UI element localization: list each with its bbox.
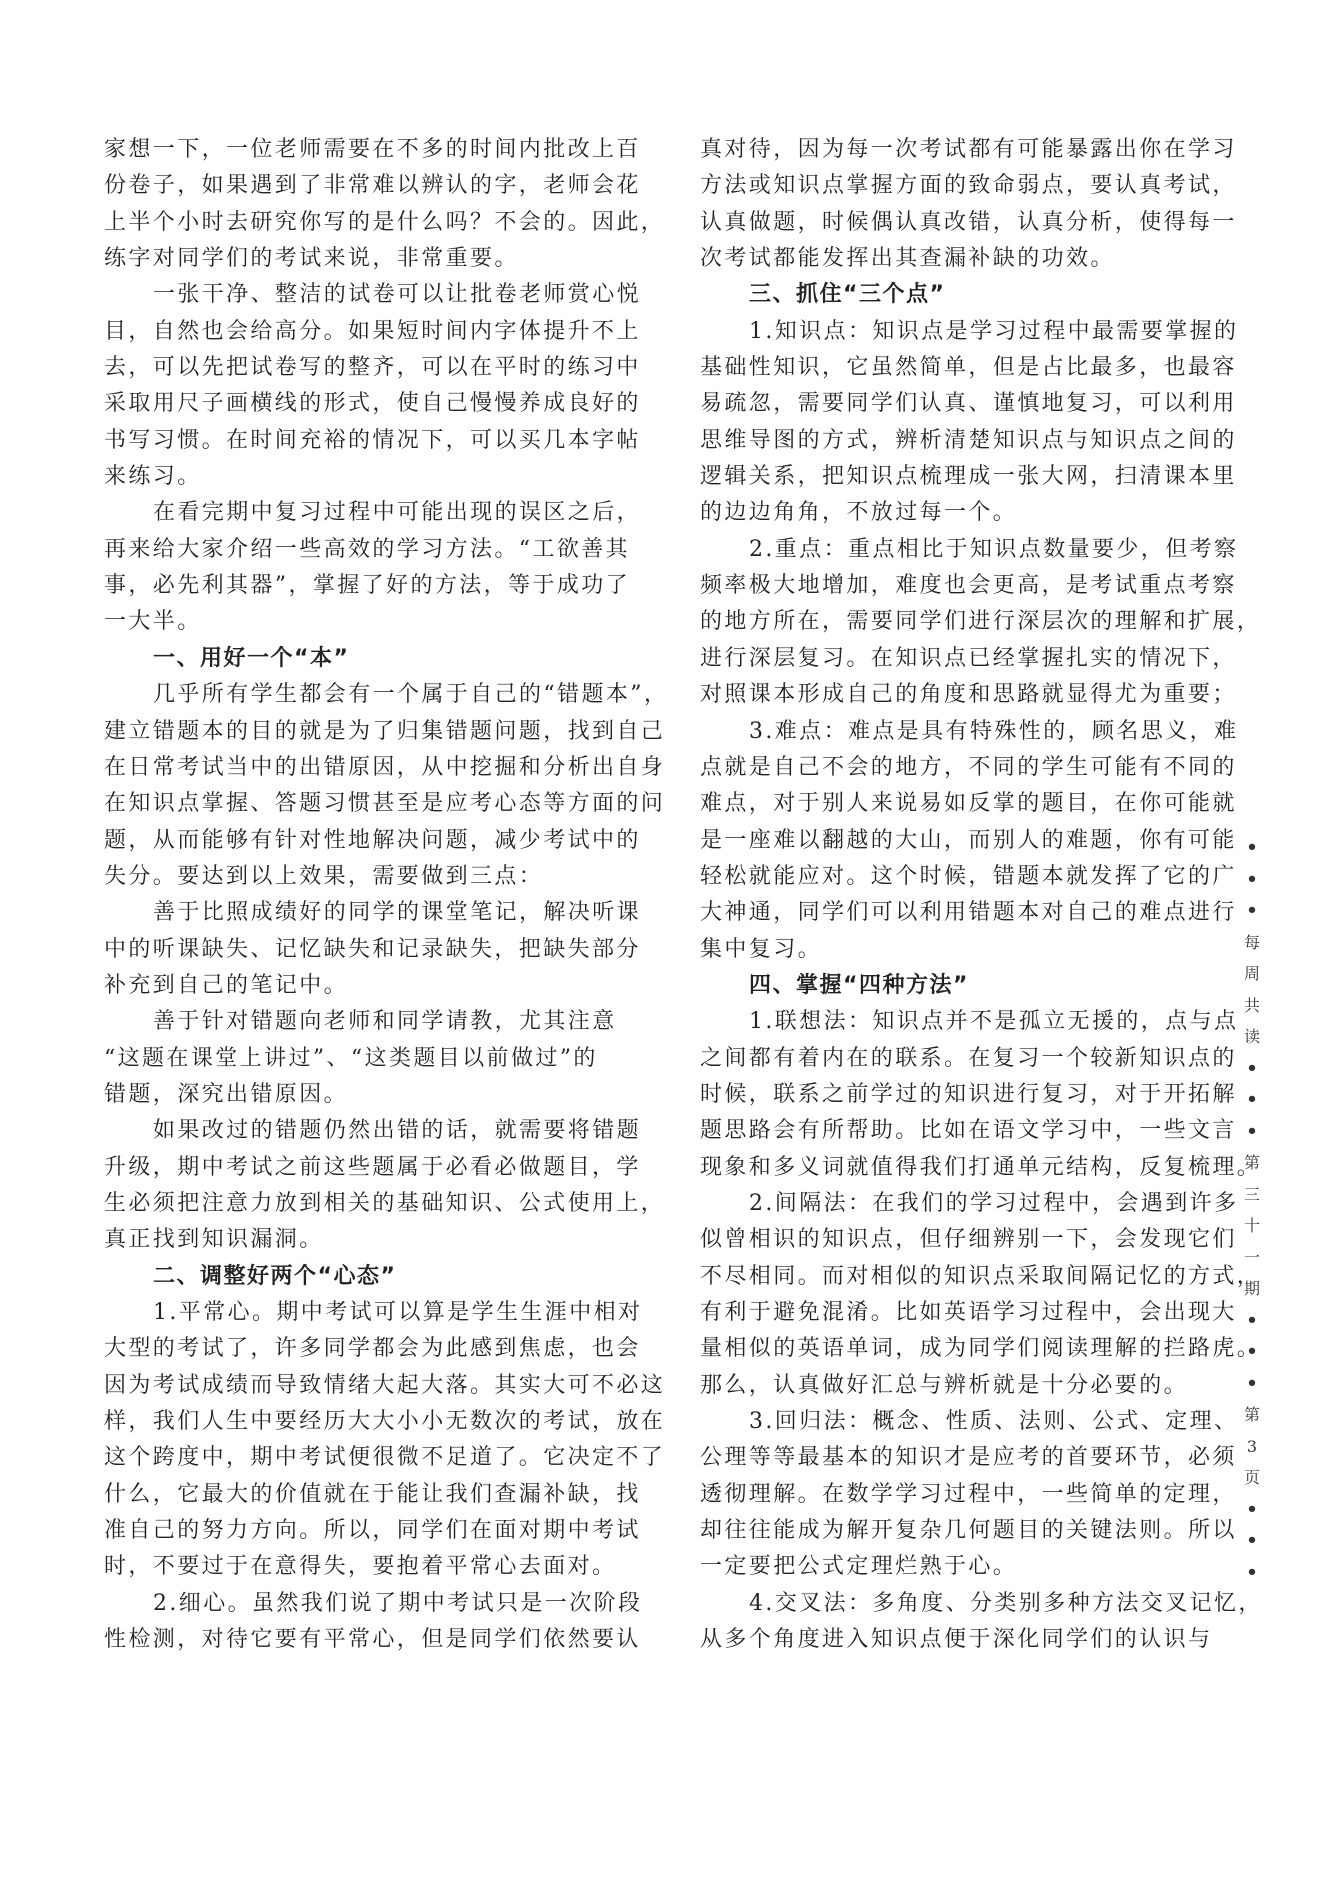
text-line: 思维导图的方式，辨析清楚知识点与知识点之间的 bbox=[700, 423, 1230, 459]
text-line: 2.重点：重点相比于知识点数量要少，但考察 bbox=[700, 532, 1230, 568]
side-char: 三 bbox=[1240, 1179, 1264, 1211]
text-line: 如果改过的错题仍然出错的话，就需要将错题 bbox=[104, 1113, 634, 1149]
text-line: “这题在课堂上讲过”、“这类题目以前做过”的 bbox=[104, 1041, 634, 1077]
text-line: 点就是自己不会的地方，不同的学生可能有不同的 bbox=[700, 750, 1230, 786]
side-char: 页 bbox=[1240, 1462, 1264, 1494]
side-char: 十 bbox=[1240, 1210, 1264, 1242]
text-line: 4.交叉法：多角度、分类别多种方法交叉记忆， bbox=[700, 1586, 1230, 1622]
text-line: 公理等等最基本的知识才是应考的首要环节，必须 bbox=[700, 1440, 1230, 1476]
text-line: 认真做题，时候偶认真改错，认真分析，使得每一 bbox=[700, 205, 1230, 241]
text-line: 书写习惯。在时间充裕的情况下，可以买几本字帖 bbox=[104, 423, 634, 459]
separator-dot: • bbox=[1240, 1305, 1264, 1337]
text-line: 升级，期中考试之前这些题属于必看必做题目，学 bbox=[104, 1150, 634, 1186]
text-line: 真正找到知识漏洞。 bbox=[104, 1222, 634, 1258]
text-line: 从多个角度进入知识点便于深化同学们的认识与 bbox=[700, 1622, 1230, 1658]
text-line: 一大半。 bbox=[104, 604, 634, 640]
text-line: 2.间隔法：在我们的学习过程中，会遇到许多 bbox=[700, 1186, 1230, 1222]
text-line: 3.难点：难点是具有特殊性的，顾名思义，难 bbox=[700, 714, 1230, 750]
side-char: 读 bbox=[1240, 1021, 1264, 1053]
section-heading: 四、掌握“四种方法” bbox=[700, 968, 1230, 1004]
text-line: 采取用尺子画横线的形式，使自己慢慢养成良好的 bbox=[104, 386, 634, 422]
text-line: 轻松就能应对。这个时候，错题本就发挥了它的广 bbox=[700, 859, 1230, 895]
text-line: 中的听课缺失、记忆缺失和记录缺失，把缺失部分 bbox=[104, 932, 634, 968]
separator-dot: • bbox=[1240, 895, 1264, 927]
text-line: 几乎所有学生都会有一个属于自己的“错题本”， bbox=[104, 677, 634, 713]
text-line: 对照课本形成自己的角度和思路就显得尤为重要； bbox=[700, 677, 1230, 713]
side-char: 周 bbox=[1240, 958, 1264, 990]
separator-dot: • bbox=[1240, 1368, 1264, 1400]
side-char: 每 bbox=[1240, 927, 1264, 959]
section-heading: 三、抓住“三个点” bbox=[700, 277, 1230, 313]
text-line: 这个跨度中，期中考试便很微不足道了。它决定不了 bbox=[104, 1440, 634, 1476]
text-line: 一张干净、整洁的试卷可以让批卷老师赏心悦 bbox=[104, 277, 634, 313]
right-column: 真对待，因为每一次考试都有可能暴露出你在学习方法或知识点掌握方面的致命弱点，要认… bbox=[700, 132, 1230, 1658]
text-line: 家想一下，一位老师需要在不多的时间内批改上百 bbox=[104, 132, 634, 168]
side-char: 期 bbox=[1240, 1273, 1264, 1305]
text-line: 3.回归法：概念、性质、法则、公式、定理、 bbox=[700, 1404, 1230, 1440]
text-line: 不尽相同。而对相似的知识点采取间隔记忆的方式， bbox=[700, 1259, 1230, 1295]
text-line: 2.细心。虽然我们说了期中考试只是一次阶段 bbox=[104, 1586, 634, 1622]
section-heading: 一、用好一个“本” bbox=[104, 641, 634, 677]
text-line: 1.知识点：知识点是学习过程中最需要掌握的 bbox=[700, 314, 1230, 350]
text-line: 次考试都能发挥出其查漏补缺的功效。 bbox=[700, 241, 1230, 277]
text-line: 逻辑关系，把知识点梳理成一张大网，扫清课本里 bbox=[700, 459, 1230, 495]
side-char: 第 bbox=[1240, 1399, 1264, 1431]
text-line: 大神通，同学们可以利用错题本对自己的难点进行 bbox=[700, 895, 1230, 931]
text-line: 题，从而能够有针对性地解决问题，减少考试中的 bbox=[104, 823, 634, 859]
separator-dot: • bbox=[1240, 1053, 1264, 1085]
text-line: 方法或知识点掌握方面的致命弱点，要认真考试， bbox=[700, 168, 1230, 204]
text-line: 来练习。 bbox=[104, 459, 634, 495]
text-line: 善于针对错题向老师和同学请教，尤其注意 bbox=[104, 1004, 634, 1040]
text-line: 集中复习。 bbox=[700, 932, 1230, 968]
text-line: 真对待，因为每一次考试都有可能暴露出你在学习 bbox=[700, 132, 1230, 168]
text-line: 量相似的英语单词，成为同学们阅读理解的拦路虎。 bbox=[700, 1331, 1230, 1367]
text-line: 什么，它最大的价值就在于能让我们查漏补缺，找 bbox=[104, 1477, 634, 1513]
text-line: 去，可以先把试卷写的整齐，可以在平时的练习中 bbox=[104, 350, 634, 386]
text-line: 建立错题本的目的就是为了归集错题问题，找到自己 bbox=[104, 714, 634, 750]
text-line: 样，我们人生中要经历大大小小无数次的考试，放在 bbox=[104, 1404, 634, 1440]
text-line: 时候，联系之前学过的知识进行复习，对于开拓解 bbox=[700, 1077, 1230, 1113]
side-char: 第 bbox=[1240, 1147, 1264, 1179]
side-char: 一 bbox=[1240, 1242, 1264, 1274]
text-line: 在知识点掌握、答题习惯甚至是应考心态等方面的问 bbox=[104, 786, 634, 822]
text-line: 一定要把公式定理烂熟于心。 bbox=[700, 1549, 1230, 1585]
text-line: 错题，深究出错原因。 bbox=[104, 1077, 634, 1113]
text-line: 时，不要过于在意得失，要抱着平常心去面对。 bbox=[104, 1549, 634, 1585]
side-char: 共 bbox=[1240, 990, 1264, 1022]
text-line: 失分。要达到以上效果，需要做到三点： bbox=[104, 859, 634, 895]
side-margin-running-header: •••每周共读•••第三十一期•••第3页••• bbox=[1240, 832, 1264, 1588]
separator-dot: • bbox=[1240, 1494, 1264, 1526]
text-line: 之间都有着内在的联系。在复习一个较新知识点的 bbox=[700, 1041, 1230, 1077]
separator-dot: • bbox=[1240, 1116, 1264, 1148]
text-line: 现象和多义词就值得我们打通单元结构，反复梳理。 bbox=[700, 1150, 1230, 1186]
text-line: 有利于避免混淆。比如英语学习过程中，会出现大 bbox=[700, 1295, 1230, 1331]
text-line: 事，必先利其器”，掌握了好的方法，等于成功了 bbox=[104, 568, 634, 604]
separator-dot: • bbox=[1240, 1557, 1264, 1589]
text-line: 1.平常心。期中考试可以算是学生生涯中相对 bbox=[104, 1295, 634, 1331]
text-line: 因为考试成绩而导致情绪大起大落。其实大可不必这 bbox=[104, 1368, 634, 1404]
text-line: 透彻理解。在数学学习过程中，一些简单的定理， bbox=[700, 1477, 1230, 1513]
text-line: 基础性知识，它虽然简单，但是占比最多，也最容 bbox=[700, 350, 1230, 386]
text-line: 易疏忽，需要同学们认真、谨慎地复习，可以利用 bbox=[700, 386, 1230, 422]
text-line: 题思路会有所帮助。比如在语文学习中，一些文言 bbox=[700, 1113, 1230, 1149]
section-heading: 二、调整好两个“心态” bbox=[104, 1259, 634, 1295]
left-column: 家想一下，一位老师需要在不多的时间内批改上百份卷子，如果遇到了非常难以辨认的字，… bbox=[104, 132, 634, 1658]
text-line: 生必须把注意力放到相关的基础知识、公式使用上， bbox=[104, 1186, 634, 1222]
separator-dot: • bbox=[1240, 1525, 1264, 1557]
side-char: 3 bbox=[1240, 1431, 1264, 1463]
text-line: 善于比照成绩好的同学的课堂笔记，解决听课 bbox=[104, 895, 634, 931]
text-line: 份卷子，如果遇到了非常难以辨认的字，老师会花 bbox=[104, 168, 634, 204]
text-line: 的边边角角，不放过每一个。 bbox=[700, 495, 1230, 531]
text-line: 那么，认真做好汇总与辨析就是十分必要的。 bbox=[700, 1368, 1230, 1404]
text-line: 性检测，对待它要有平常心，但是同学们依然要认 bbox=[104, 1622, 634, 1658]
text-line: 再来给大家介绍一些高效的学习方法。“工欲善其 bbox=[104, 532, 634, 568]
text-line: 大型的考试了，许多同学都会为此感到焦虑，也会 bbox=[104, 1331, 634, 1367]
text-line: 的地方所在，需要同学们进行深层次的理解和扩展， bbox=[700, 604, 1230, 640]
separator-dot: • bbox=[1240, 864, 1264, 896]
text-line: 频率极大地增加，难度也会更高，是考试重点考察 bbox=[700, 568, 1230, 604]
text-line: 似曾相识的知识点，但仔细辨别一下，会发现它们 bbox=[700, 1222, 1230, 1258]
text-line: 是一座难以翻越的大山，而别人的难题，你有可能 bbox=[700, 823, 1230, 859]
text-line: 上半个小时去研究你写的是什么吗？不会的。因此， bbox=[104, 205, 634, 241]
text-line: 进行深层复习。在知识点已经掌握扎实的情况下， bbox=[700, 641, 1230, 677]
text-line: 在看完期中复习过程中可能出现的误区之后， bbox=[104, 495, 634, 531]
text-line: 难点，对于别人来说易如反掌的题目，在你可能就 bbox=[700, 786, 1230, 822]
text-line: 补充到自己的笔记中。 bbox=[104, 968, 634, 1004]
separator-dot: • bbox=[1240, 1336, 1264, 1368]
separator-dot: • bbox=[1240, 1084, 1264, 1116]
text-line: 练字对同学们的考试来说，非常重要。 bbox=[104, 241, 634, 277]
text-line: 在日常考试当中的出错原因，从中挖掘和分析出自身 bbox=[104, 750, 634, 786]
text-line: 却往往能成为解开复杂几何题目的关键法则。所以 bbox=[700, 1513, 1230, 1549]
text-line: 准自己的努力方向。所以，同学们在面对期中考试 bbox=[104, 1513, 634, 1549]
text-line: 目，自然也会给高分。如果短时间内字体提升不上 bbox=[104, 314, 634, 350]
separator-dot: • bbox=[1240, 832, 1264, 864]
text-line: 1.联想法：知识点并不是孤立无援的，点与点 bbox=[700, 1004, 1230, 1040]
